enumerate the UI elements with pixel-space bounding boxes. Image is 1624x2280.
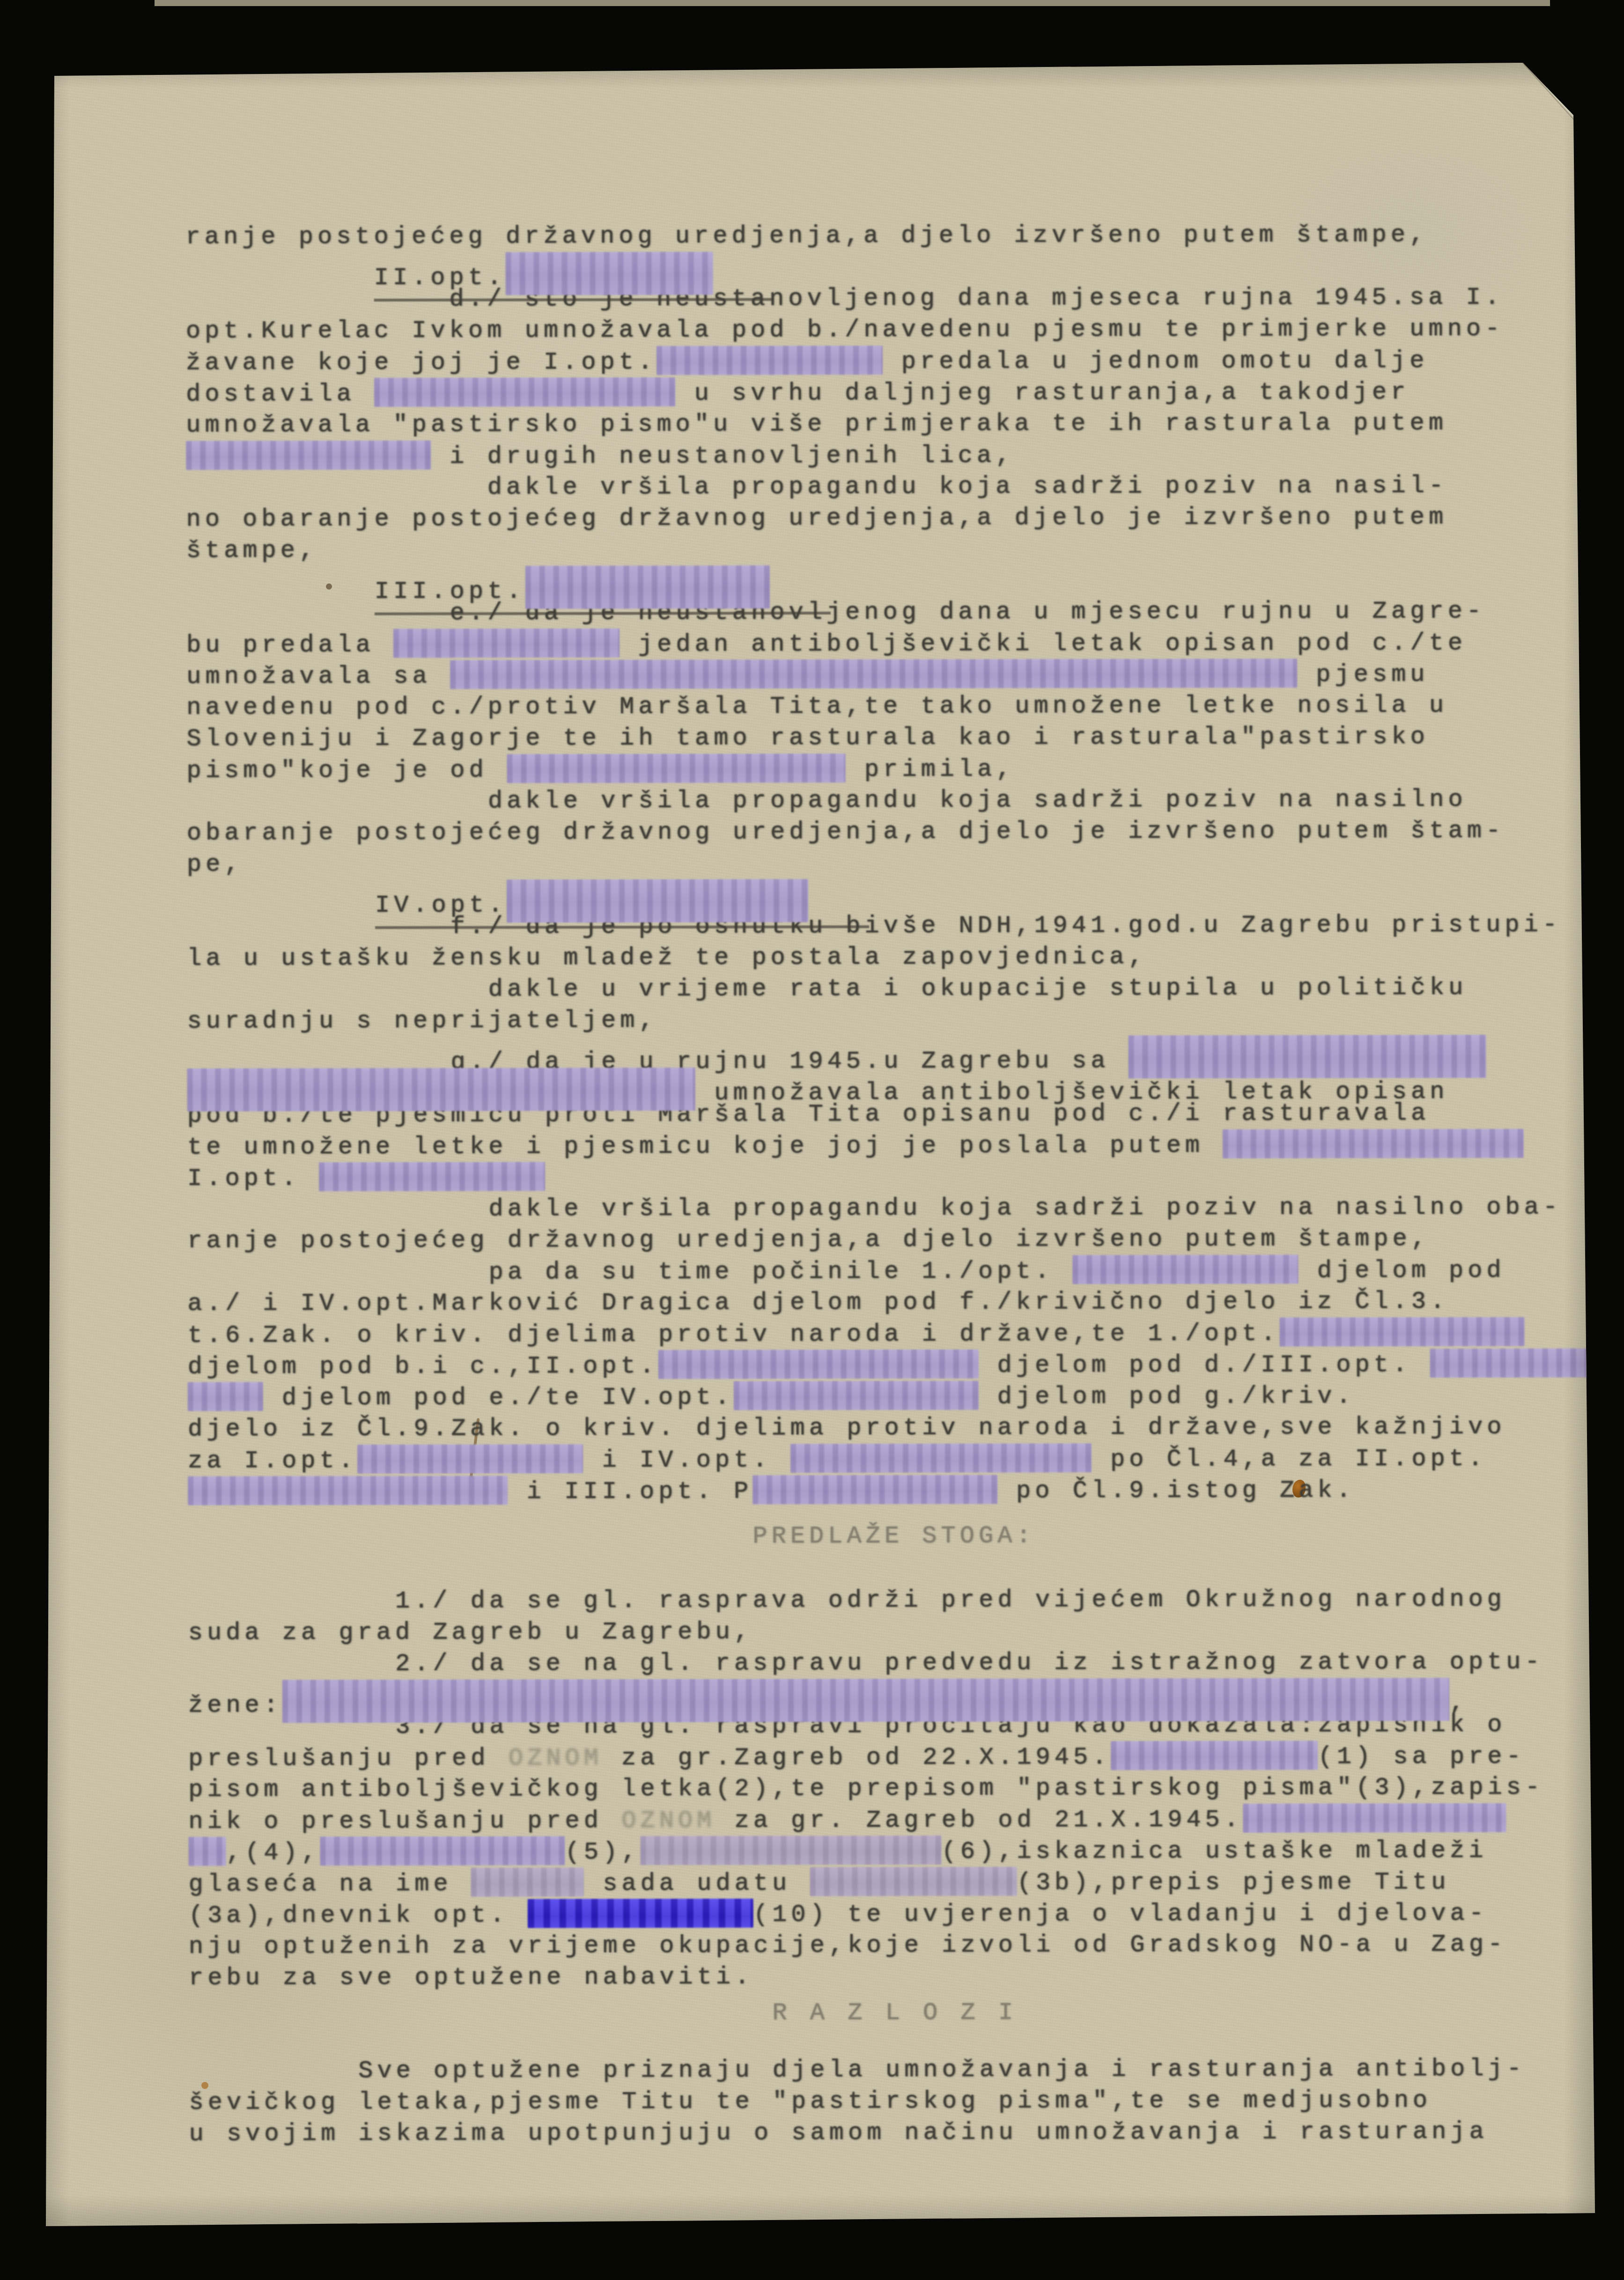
redaction-box [507, 753, 846, 783]
document-line: žene:, [188, 1677, 1598, 1711]
redaction-box [734, 1381, 979, 1410]
redaction-box-blue [527, 1899, 753, 1928]
text-run: obaranje postojećeg državnog uredjenja,a… [187, 817, 1505, 847]
text-run: primila, [845, 756, 1015, 784]
text-run: (6),iskaznica ustaške mladeži [941, 1837, 1487, 1866]
redaction-box [525, 565, 770, 609]
document-text: ranje postojećeg državnog uredjenja,a dj… [185, 219, 1598, 2149]
document-line: dakle vršila propagandu koja sadrži pozi… [187, 1191, 1597, 1225]
text-run: umnožavala "pastirsko pismo"u više primj… [186, 409, 1447, 439]
text-run: dakle vršila propagandu koja sadrži pozi… [488, 1194, 1562, 1223]
text-run: bu predala [186, 631, 393, 659]
text-run: djelom pod [1298, 1257, 1505, 1285]
redaction-box [471, 1867, 584, 1896]
text-run: žavane koje joj je I.opt. [186, 348, 657, 377]
text-run: no obaranje postojećeg državnog uredjenj… [186, 503, 1447, 533]
redaction-box [506, 252, 713, 295]
text-run: pa da su time počinile 1./opt. [488, 1257, 1072, 1286]
text-run: po Čl.4,a za II.opt. [1092, 1445, 1487, 1473]
redaction-box [188, 1476, 508, 1505]
document-line: i drugih neustanovljenih lica, [186, 438, 1595, 472]
document-line: pe, [187, 846, 1596, 880]
document-line: suradnju s neprijateljem, [187, 1003, 1596, 1037]
text-run: djelom pod d./III.opt. [978, 1351, 1430, 1380]
redaction-box [188, 1382, 263, 1411]
text-run: rebu za sve optužene nabaviti. [189, 1963, 753, 1992]
text-run: u svrhu daljnjeg rasturanja,a takodjer [675, 378, 1410, 407]
redaction-box [393, 628, 619, 658]
document-line: umnožavala "pastirsko pismo"u više primj… [186, 407, 1595, 441]
text-run: ,(4), [226, 1839, 320, 1867]
document-line: žavane koje joj je I.opt. predala u jedn… [186, 344, 1595, 378]
redaction-box [357, 1444, 583, 1474]
document-line: nju optuženih za vrijeme okupacije,koje … [189, 1928, 1598, 1962]
text-run: jedan antiboljševički letak opisan pod c… [620, 629, 1467, 658]
document-line: 2./ da se na gl. raspravu predvedu iz is… [188, 1646, 1598, 1680]
text-run: (1) sa pre- [1318, 1743, 1525, 1771]
document-line: djelo iz Čl.9.Zak. o kriv. djelima proti… [188, 1411, 1597, 1445]
document-line: nik o preslušanju pred OZNOM za gr. Zagr… [188, 1803, 1598, 1837]
document-line: opt.Kurelac Ivkom umnožavala pod b./nave… [186, 313, 1595, 347]
text-run: OZNOM [621, 1807, 716, 1835]
folded-corner [1512, 55, 1586, 129]
text-run: dakle vršila propagandu koja sadrži pozi… [487, 472, 1448, 502]
scanned-page-background: { "document": { "language": "Croatian", … [0, 0, 1624, 2280]
redaction-box [753, 1475, 997, 1505]
underlined-defendant-name: III.opt. [375, 565, 831, 615]
text-run: ševičkog letaka,pjesme Titu te "pastirsk… [189, 2087, 1432, 2117]
document-line: djelom pod e./te IV.opt. djelom pod g./k… [188, 1380, 1597, 1413]
text-run: štampe, [186, 537, 318, 564]
text-run: po Čl.9.istog Zak. [997, 1476, 1355, 1505]
text-run: PREDLAŽE STOGA: [753, 1522, 1035, 1550]
text-run: u svojim iskazima upotpunjuju o samom na… [189, 2118, 1488, 2148]
redaction-box [507, 879, 808, 922]
document-line: rebu za sve optužene nabaviti. [189, 1960, 1598, 1993]
document-line: i III.opt. P po Čl.9.istog Zak. [188, 1474, 1597, 1507]
document-line: suda za grad Zagreb u Zagrebu, [188, 1615, 1598, 1648]
text-run: nik o preslušanju pred [188, 1807, 621, 1836]
document-line: pisom antiboljševičkog letka(2),te prepi… [188, 1771, 1598, 1805]
scanned-document-page: ranje postojećeg državnog uredjenja,a dj… [41, 60, 1597, 2228]
text-run: a./ i IV.opt.Marković Dragica djelom pod… [187, 1288, 1449, 1318]
document-line: dakle vršila propagandu koja sadrži pozi… [187, 783, 1596, 817]
document-line: g./ da je u rujnu 1945.u Zagrebu sa [187, 1034, 1596, 1068]
redaction-box [450, 658, 1297, 689]
text-run: t.6.Zak. o kriv. djelima protiv naroda i… [188, 1320, 1280, 1350]
text-run: Sloveniju i Zagorje te ih tamo rasturala… [186, 723, 1429, 753]
text-run: (10) te uvjerenja o vladanju i djelova- [753, 1900, 1488, 1929]
redaction-box [1111, 1741, 1318, 1770]
text-run: predala u jednom omotu dalje [882, 347, 1428, 376]
document-line: II.opt. [186, 250, 1595, 284]
document-line: te umnožene letke i pjesmicu koje joj je… [187, 1129, 1597, 1162]
text-run: 1./ da se gl. rasprava održi pred vijeće… [395, 1586, 1506, 1615]
redaction-box [319, 1162, 545, 1191]
text-run: za I.opt. [188, 1447, 357, 1475]
text-run: (3a),dnevnik opt. [189, 1901, 528, 1929]
document-line: štampe, [186, 532, 1596, 566]
document-line: Sve optužene priznaju djela umnožavanja … [189, 2053, 1598, 2087]
text-run: za gr.Zagreb od 22.X.1945. [603, 1743, 1111, 1772]
text-run: djelom pod e./te IV.opt. [263, 1384, 734, 1412]
redaction-box [1430, 1348, 1618, 1378]
adjacent-scan-edge [155, 0, 1550, 6]
text-run: djelom pod g./kriv. [978, 1382, 1355, 1410]
text-run: i III.opt. P [508, 1478, 753, 1506]
section-heading: PREDLAŽE STOGA: [188, 1519, 1597, 1553]
text-run: ranje postojećeg državnog uredjenja,a dj… [187, 1225, 1430, 1255]
text-run: dakle vršila propagandu koja sadrži pozi… [488, 786, 1467, 815]
text-run: opt.Kurelac Ivkom umnožavala pod b./nave… [186, 315, 1504, 345]
redaction-box [188, 1837, 226, 1866]
redaction-box [657, 346, 882, 375]
document-line: za I.opt. i IV.opt. po Čl.4,a za II.opt. [188, 1442, 1597, 1476]
text-run: nju optuženih za vrijeme okupacije,koje … [189, 1931, 1506, 1961]
text-run: 2./ da se na gl. raspravu predvedu iz is… [395, 1648, 1544, 1678]
text-run: OZNOM [509, 1744, 603, 1772]
text-run: dostavila [186, 380, 374, 408]
document-line: pa da su time počinile 1./opt. djelom po… [187, 1254, 1597, 1288]
redaction-box [790, 1443, 1091, 1473]
redaction-box [658, 1350, 978, 1379]
document-line: umnožavala sa pjesmu [186, 658, 1596, 692]
redaction-box [282, 1678, 1450, 1723]
document-line: Sloveniju i Zagorje te ih tamo rasturala… [186, 721, 1596, 754]
document-line: I.opt. [187, 1160, 1597, 1194]
document-line: ranje postojećeg državnog uredjenja,a dj… [187, 1223, 1597, 1256]
document-line: bu predala jedan antiboljševički letak o… [186, 627, 1596, 660]
document-line: 1./ da se gl. rasprava održi pred vijeće… [188, 1583, 1597, 1617]
document-line: dostavila u svrhu daljnjeg rasturanja,a … [186, 376, 1595, 409]
text-run: pismo"koje je od [186, 756, 507, 784]
text-run: sada udatu [584, 1869, 810, 1897]
text-run: djelo iz Čl.9.Zak. o kriv. djelima proti… [188, 1413, 1506, 1443]
redaction-box [1223, 1129, 1524, 1158]
text-run: djelom pod b.i c.,II.opt. [188, 1352, 658, 1381]
document-line: III.opt. [186, 564, 1596, 598]
document-line: la u ustašku žensku mladež te postala za… [187, 940, 1596, 974]
text-run: te umnožene letke i pjesmicu koje joj je… [187, 1132, 1223, 1161]
text-run: dakle u vrijeme rata i okupacije stupila… [488, 974, 1467, 1003]
text-run: pisom antiboljševičkog letka(2),te prepi… [188, 1774, 1544, 1804]
redaction-box [1129, 1035, 1486, 1078]
text-run: i drugih neustanovljenih lica, [431, 442, 1014, 471]
text-run: žene: [188, 1691, 282, 1719]
document-line: dakle vršila propagandu koja sadrži pozi… [186, 470, 1595, 503]
document-line: dakle u vrijeme rata i okupacije stupila… [187, 972, 1596, 1005]
underlined-defendant-name: IV.opt. [375, 879, 869, 929]
text-run: ranje postojećeg državnog uredjenja,a dj… [185, 221, 1428, 251]
text-run: suda za grad Zagreb u Zagrebu, [188, 1618, 753, 1647]
document-line: djelom pod b.i c.,II.opt. djelom pod d./… [188, 1348, 1597, 1382]
document-line: navedenu pod c./protiv Maršala Tita,te t… [186, 689, 1596, 723]
text-run: preslušanju pred [188, 1744, 509, 1772]
document-line: no obaranje postojećeg državnog uredjenj… [186, 501, 1595, 535]
redaction-box [320, 1836, 565, 1866]
text-run: I.opt. [187, 1165, 319, 1192]
document-line: IV.opt. [187, 878, 1596, 911]
section-heading: R A Z L O Z I [189, 1996, 1598, 2029]
text-run: i IV.opt. [583, 1446, 790, 1474]
redaction-box [1072, 1254, 1298, 1284]
text-run: glaseća na ime [189, 1870, 471, 1898]
text-run: la u ustašku žensku mladež te postala za… [187, 943, 1147, 973]
text-run: R A Z L O Z I [772, 1999, 1017, 2027]
document-line: ranje postojećeg državnog uredjenja,a dj… [185, 219, 1595, 252]
document-line: ,(4),(5),(6),iskaznica ustaške mladeži [188, 1834, 1598, 1868]
text-run: navedenu pod c./protiv Maršala Tita,te t… [186, 692, 1448, 722]
redaction-box [374, 377, 675, 407]
document-line: a./ i IV.opt.Marković Dragica djelom pod… [187, 1285, 1597, 1319]
document-line: t.6.Zak. o kriv. djelima protiv naroda i… [188, 1317, 1597, 1350]
redaction-box [187, 1068, 696, 1112]
document-line: (3a),dnevnik opt. (10) te uvjerenja o vl… [189, 1897, 1598, 1931]
text-run: pjesmu [1297, 661, 1429, 688]
document-line: ševičkog letaka,pjesme Titu te "pastirsk… [189, 2084, 1598, 2118]
document-line: obaranje postojećeg državnog uredjenja,a… [187, 815, 1596, 849]
document-line: preslušanju pred OZNOM za gr.Zagreb od 2… [188, 1740, 1598, 1774]
text-run: suradnju s neprijateljem, [187, 1007, 657, 1035]
text-run: Sve optužene priznaju djela umnožavanja … [358, 2055, 1526, 2085]
redaction-box [640, 1836, 941, 1865]
document-line: glaseća na ime sada udatu (3b),prepis pj… [189, 1866, 1598, 1899]
redaction-box [810, 1867, 1017, 1896]
document-line: pismo"koje je od primila, [186, 752, 1596, 786]
text-run: (5), [565, 1838, 640, 1866]
redaction-box [186, 441, 431, 470]
document-line: u svojim iskazima upotpunjuju o samom na… [189, 2116, 1598, 2149]
text-run: (3b),prepis pjesme Titu [1017, 1868, 1450, 1897]
text-run: pe, [187, 850, 244, 878]
text-run: umnožavala sa [186, 663, 450, 691]
redaction-box [1243, 1803, 1506, 1833]
text-run: za gr. Zagreb od 21.X.1945. [716, 1806, 1243, 1835]
redaction-box [1279, 1317, 1524, 1347]
